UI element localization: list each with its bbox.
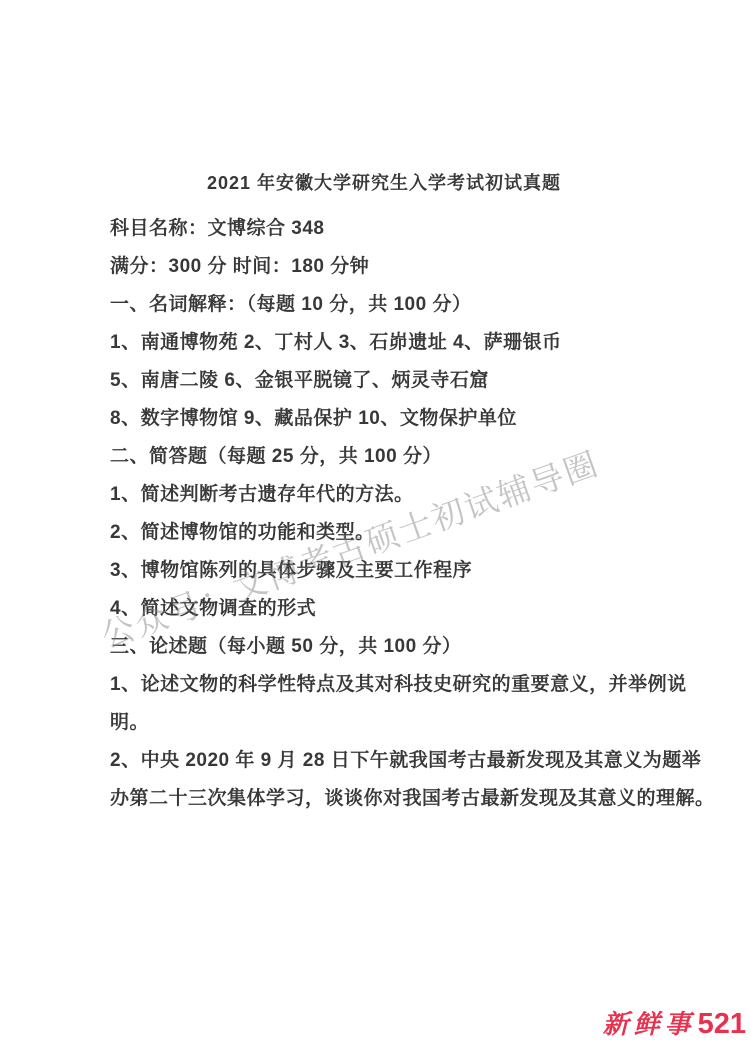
document-line: 5、南唐二陵 6、金银平脱镜了、炳灵寺石窟 — [110, 362, 658, 400]
brand-logo: 新鲜事 521 — [603, 1004, 746, 1041]
document-line: 三、论述题（每小题 50 分，共 100 分） — [110, 628, 658, 666]
document-line: 一、名词解释：（每题 10 分，共 100 分） — [110, 286, 658, 324]
document-line: 2、简述博物馆的功能和类型。 — [110, 514, 658, 552]
document-line: 二、简答题（每题 25 分，共 100 分） — [110, 438, 658, 476]
scanned-exam-page: 2021 年安徽大学研究生入学考试初试真题 科目名称：文博综合 348满分：30… — [0, 0, 750, 1057]
brand-logo-cn-text: 新鲜事 — [603, 1004, 696, 1041]
document-line: 3、博物馆陈列的具体步骤及主要工作程序 — [110, 552, 658, 590]
document-line: 8、数字博物馆 9、藏品保护 10、文物保护单位 — [110, 400, 658, 438]
exam-body: 科目名称：文博综合 348满分：300 分 时间：180 分钟一、名词解释：（每… — [110, 210, 658, 818]
exam-document: 2021 年安徽大学研究生入学考试初试真题 科目名称：文博综合 348满分：30… — [110, 170, 658, 818]
document-line: 满分：300 分 时间：180 分钟 — [110, 248, 658, 286]
document-line: 明。 — [110, 704, 658, 742]
document-line: 1、简述判断考古遗存年代的方法。 — [110, 476, 658, 514]
document-line: 1、论述文物的科学性特点及其对科技史研究的重要意义，并举例说 — [110, 666, 658, 704]
document-line: 科目名称：文博综合 348 — [110, 210, 658, 248]
brand-logo-number: 521 — [698, 1008, 746, 1041]
exam-title: 2021 年安徽大学研究生入学考试初试真题 — [110, 170, 658, 196]
document-line: 办第二十三次集体学习，谈谈你对我国考古最新发现及其意义的理解。 — [110, 780, 658, 818]
document-line: 4、简述文物调查的形式 — [110, 590, 658, 628]
document-line: 1、南通博物苑 2、丁村人 3、石峁遗址 4、萨珊银币 — [110, 324, 658, 362]
document-line: 2、中央 2020 年 9 月 28 日下午就我国考古最新发现及其意义为题举 — [110, 742, 658, 780]
